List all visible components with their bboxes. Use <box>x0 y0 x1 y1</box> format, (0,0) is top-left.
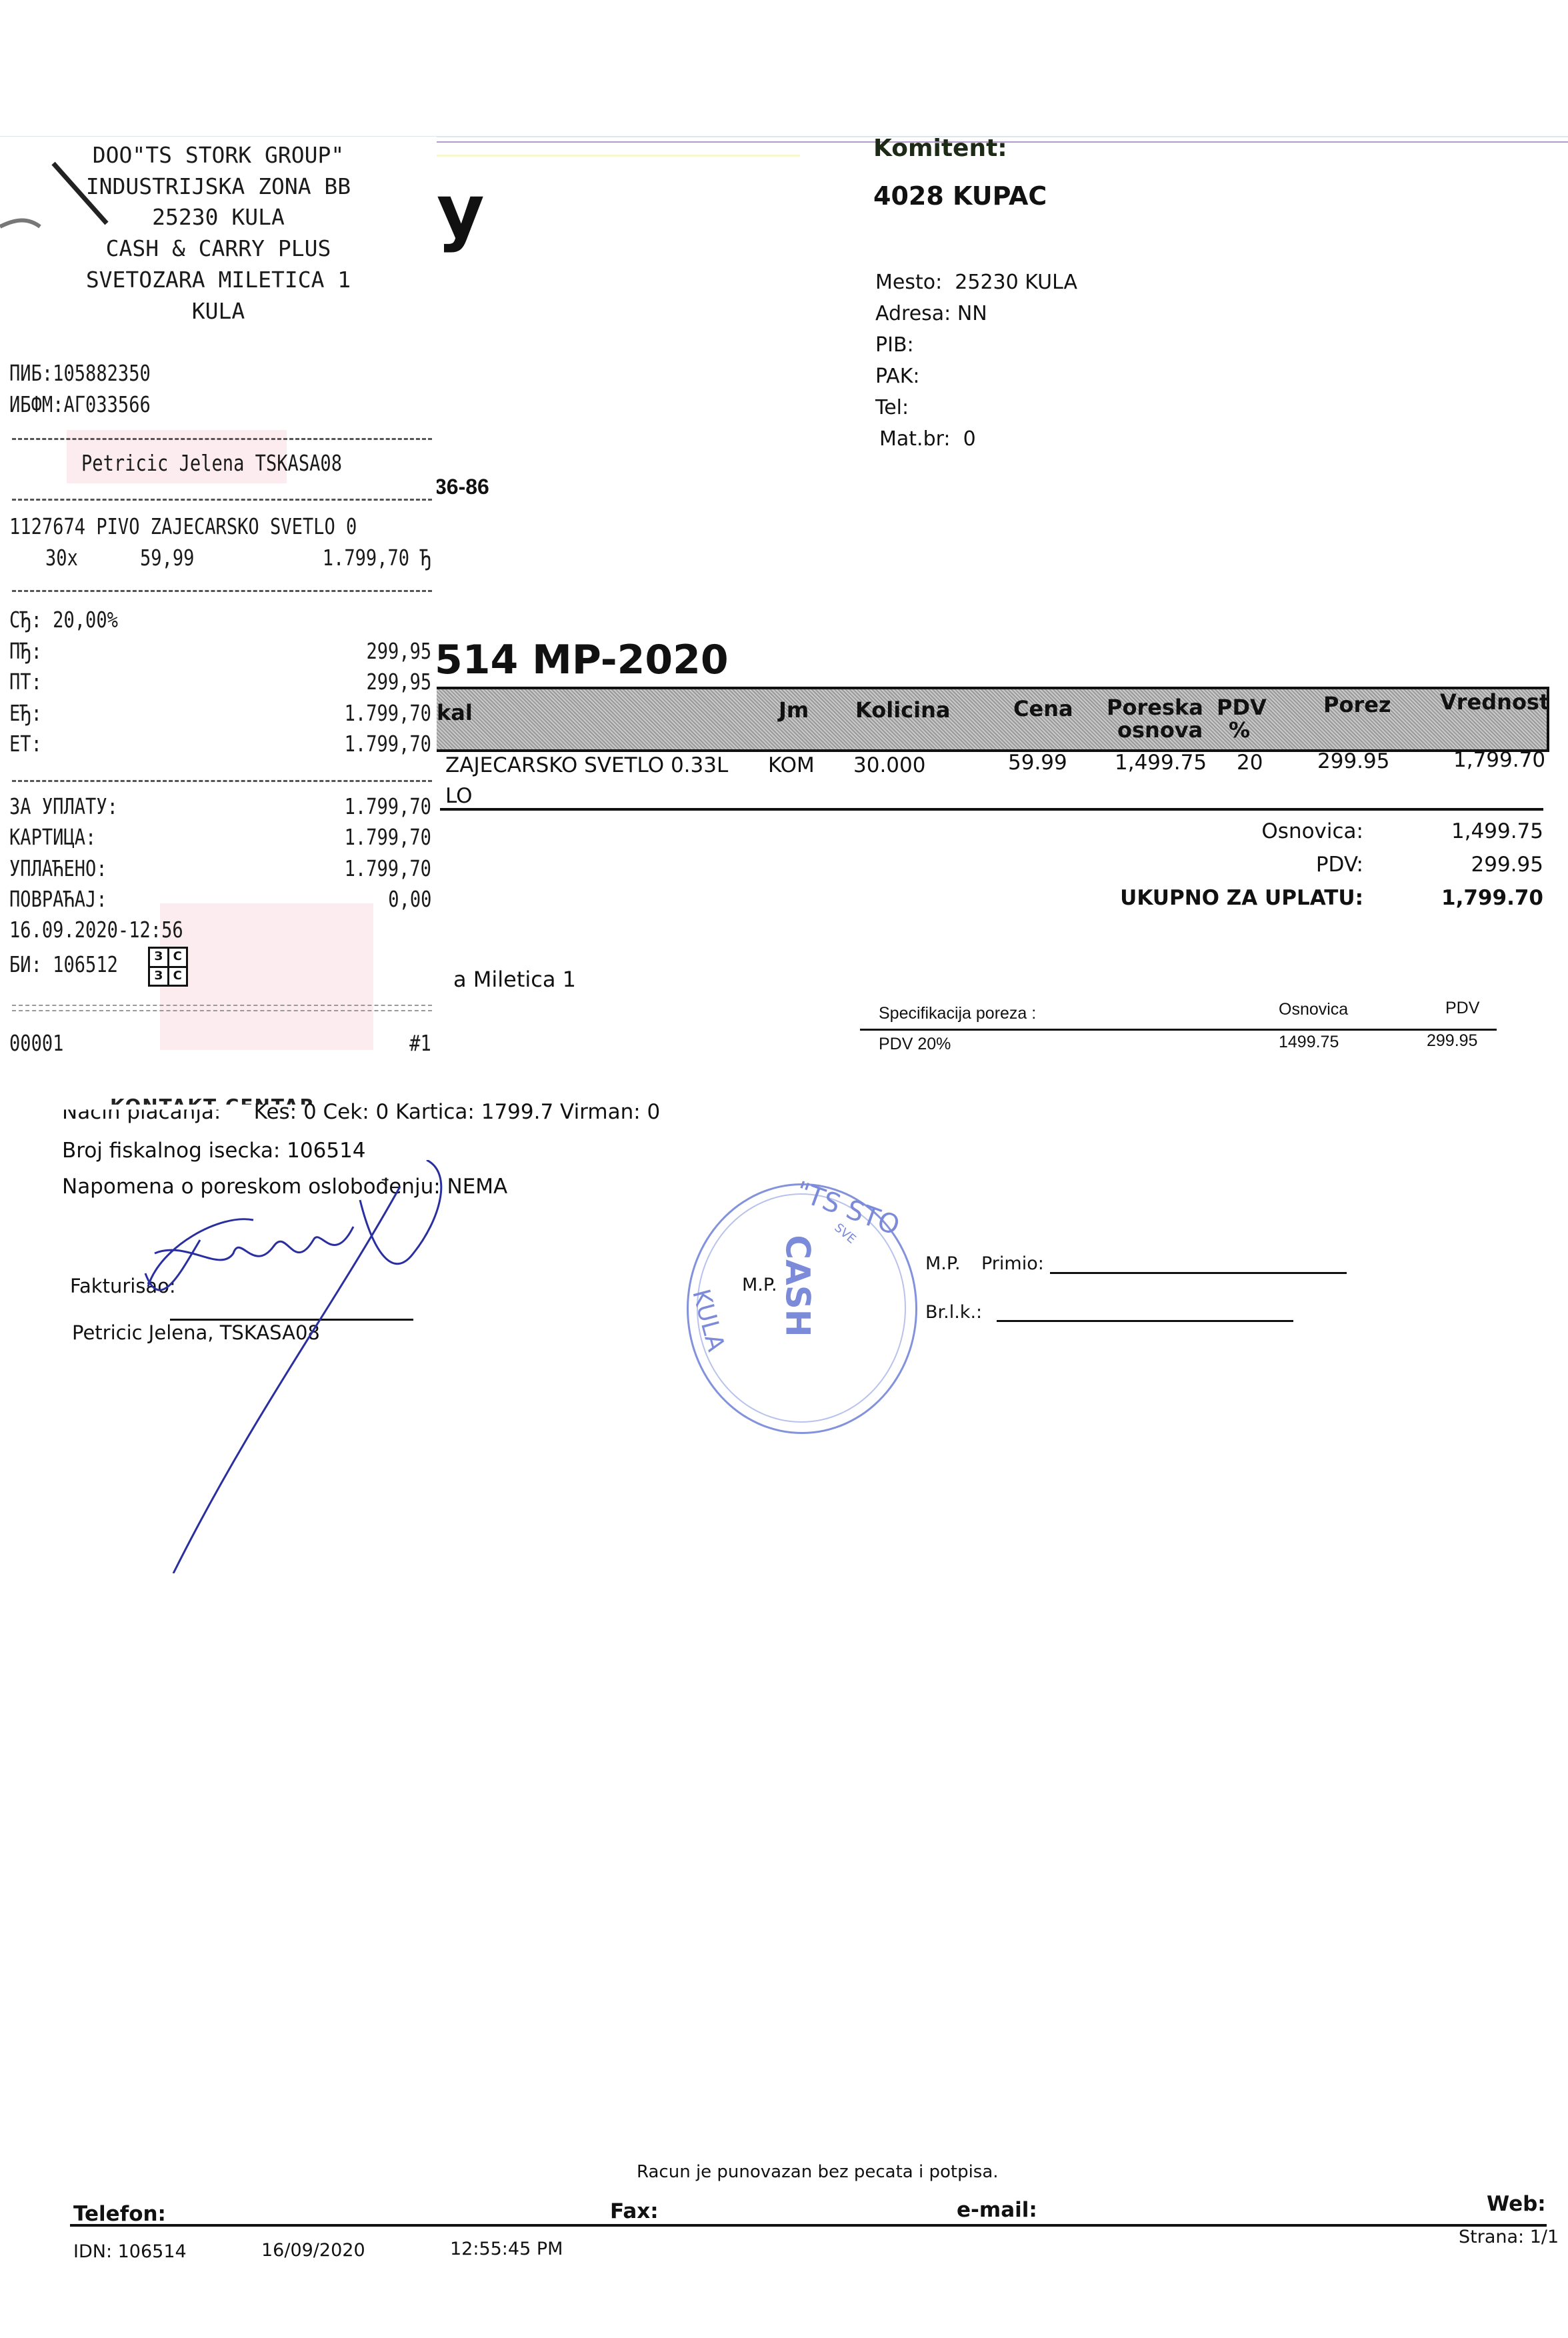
receipt-payment-value: 1.799,70 <box>345 855 431 881</box>
row-pdv-pct: 20 <box>1237 751 1263 775</box>
komitent-name: 4028 KUPAC <box>873 181 1047 211</box>
receipt-item-total: 1.799,70 Ђ <box>323 545 431 571</box>
receipt-datetime: 16.09.2020-12:56 <box>9 917 183 943</box>
komitent-field-tel: Tel: <box>875 392 1077 423</box>
osnovica-value: 1,499.75 <box>1387 815 1543 848</box>
row-kolicina: 30.000 <box>853 753 925 777</box>
receipt-payment-value: 0,00 <box>388 886 431 912</box>
receipt-payment-label: ЗА УПЛАТУ: <box>9 793 118 819</box>
receipt-hash: #1 <box>409 1030 431 1056</box>
receipt-tax-label: ЕЂ: <box>9 700 42 726</box>
receipt-payment-value: 1.799,70 <box>345 793 431 819</box>
receipt-tax-value: 1.799,70 <box>345 731 431 757</box>
col-kolicina: Kolicina <box>855 699 950 721</box>
validity-note: Racun je punovazan bez pecata i potpisa. <box>637 2162 999 2182</box>
receipt-cashier: Petricic Jelena TSKASA08 <box>81 450 342 476</box>
row-cena: 59.99 <box>1008 751 1067 775</box>
totals-labels: Osnovica: PDV: UKUPNO ZA UPLATU: <box>1067 815 1363 915</box>
komitent-field-pib: PIB: <box>875 329 1077 361</box>
tax-spec-rule <box>860 1029 1497 1031</box>
receipt-payment-label: УПЛАЋЕНО: <box>9 855 107 881</box>
komitent-fields: Mesto: 25230 KULA Adresa: NN PIB: PAK: T… <box>875 267 1077 455</box>
address-fragment: a Miletica 1 <box>453 967 576 992</box>
received-by-label: Primio: <box>981 1253 1044 1274</box>
receipt-item-qty: 30x <box>45 545 78 571</box>
footer-web-label: Web: <box>1487 2192 1546 2216</box>
row-porez: 299.95 <box>1317 749 1389 773</box>
receipt-bi: БИ: 106512 <box>9 951 118 977</box>
komitent-field-mesto: Mesto: 25230 KULA <box>875 267 1077 298</box>
col-cena: Cena <box>1013 697 1073 720</box>
payment-method: Nacin placanja: Kes: 0 Cek: 0 Kartica: 1… <box>62 1100 660 1124</box>
komitent-field-pak: PAK: <box>875 361 1077 392</box>
stamp-mp-label: M.P. <box>742 1275 777 1295</box>
receipt-counter: 00001 <box>9 1030 63 1056</box>
receipt-tax-label: ПЂ: <box>9 638 42 664</box>
totals-values: 1,499.75 299.95 1,799.70 <box>1387 815 1543 915</box>
row-poreska-osnova: 1,499.75 <box>1115 751 1207 775</box>
osnovica-label: Osnovica: <box>1067 815 1363 848</box>
footer-page: Strana: 1/1 <box>1459 2227 1559 2247</box>
receipt-tax-label: ЕТ: <box>9 731 42 757</box>
row-artikal: ZAJECARSKO SVETLO 0.33L <box>445 753 728 777</box>
signature-icon <box>0 1160 467 1573</box>
invoice-number: 514 MP-2020 <box>435 637 729 683</box>
receipt-payment-value: 1.799,70 <box>345 824 431 850</box>
receipt-item-line: 1127674 PIVO ZAJECARSKO SVETLO 0 <box>9 513 357 539</box>
col-porez: Porez <box>1323 693 1391 716</box>
scan-pink-smudge <box>160 903 373 1050</box>
tax-spec-row-osnovica: 1499.75 <box>1279 1033 1339 1052</box>
fiscal-receipt: DOO"TS STORK GROUP" INDUSTRIJSKA ZONA BB… <box>0 137 437 1083</box>
komitent-heading: Komitent: <box>873 135 1007 162</box>
footer-email-label: e-mail: <box>957 2198 1037 2222</box>
receipt-divider <box>12 1005 432 1006</box>
receipt-payment-label: КАРТИЦА: <box>9 824 96 850</box>
footer-telefon-label: Telefon: <box>73 2202 166 2226</box>
tax-spec-col-osnovica: Osnovica <box>1279 1000 1348 1019</box>
col-jm: Jm <box>779 699 809 721</box>
komitent-field-matbr: Mat.br: 0 <box>875 423 1077 455</box>
pdv-value: 299.95 <box>1387 848 1543 881</box>
col-pdv: PDV% <box>1217 696 1267 741</box>
col-vrednost: Vrednost <box>1440 691 1549 713</box>
ukupno-label: UKUPNO ZA UPLATU: <box>1067 881 1363 915</box>
fiscal-logo-icon: З С З С <box>148 947 188 987</box>
receipt-divider <box>12 780 432 782</box>
col-artikal: kal <box>437 701 473 724</box>
stamp-text-middle: CASH <box>779 1235 817 1337</box>
receipt-pib: ПИБ:105882350 <box>9 360 151 386</box>
footer-date: 16/09/2020 <box>261 2240 365 2261</box>
ukupno-value: 1,799.70 <box>1387 881 1543 915</box>
receipt-divider <box>12 438 432 440</box>
receipt-divider <box>12 499 432 501</box>
tax-spec-label: Specifikacija poreza : <box>879 1004 1036 1023</box>
receipt-divider <box>12 590 432 592</box>
receipt-divider <box>12 1010 432 1011</box>
pdv-label: PDV: <box>1067 848 1363 881</box>
receipt-header-line: CASH & CARRY PLUS <box>0 235 437 261</box>
footer-time: 12:55:45 PM <box>450 2239 563 2259</box>
receipt-tax-value: 1.799,70 <box>345 700 431 726</box>
receipt-payment-label: ПОВРАЋАЈ: <box>9 886 107 912</box>
fiscal-receipt-number: Broj fiskalnog isecka: 106514 <box>62 1139 366 1163</box>
receipt-header-line: INDUSTRIJSKA ZONA BB <box>0 173 437 199</box>
tax-spec-row-pdv: 299.95 <box>1427 1031 1477 1051</box>
row-artikal-line2: LO <box>445 784 473 808</box>
receipt-item-price: 59,99 <box>140 545 194 571</box>
receipt-header-line: DOO"TS STORK GROUP" <box>0 142 437 168</box>
komitent-field-adresa: Adresa: NN <box>875 298 1077 329</box>
footer-rule <box>70 2224 1547 2227</box>
receipt-header-line: KULA <box>0 298 437 324</box>
received-by-line <box>1050 1272 1347 1274</box>
receipt-tax-value: 299,95 <box>366 669 431 695</box>
invoice-phone-fragment: 36-86 <box>435 475 489 499</box>
id-card-label: Br.l.k.: <box>925 1302 982 1323</box>
receipt-ibfm: ИБФМ:АГ033566 <box>9 391 151 417</box>
row-vrednost: 1,799.70 <box>1453 748 1545 772</box>
receipt-tax-value: 299,95 <box>366 638 431 664</box>
footer-fax-label: Fax: <box>610 2199 659 2223</box>
receipt-header-line: SVETOZARA MILETICA 1 <box>0 267 437 293</box>
table-bottom-rule <box>440 808 1543 811</box>
row-jm: KOM <box>768 753 815 777</box>
receipt-tax-label: ПТ: <box>9 669 42 695</box>
col-poreska: Poreskaosnova <box>1107 696 1203 741</box>
invoice-title-fragment: y <box>437 175 485 248</box>
receipt-tax-rate: СЂ: 20,00% <box>9 607 118 633</box>
tax-spec-col-pdv: PDV <box>1445 999 1479 1018</box>
receipt-header-line: 25230 KULA <box>0 204 437 230</box>
tax-spec-row-name: PDV 20% <box>879 1035 951 1054</box>
received-mp: M.P. <box>925 1253 961 1274</box>
footer-idn: IDN: 106514 <box>73 2241 187 2262</box>
id-card-line <box>997 1320 1293 1322</box>
